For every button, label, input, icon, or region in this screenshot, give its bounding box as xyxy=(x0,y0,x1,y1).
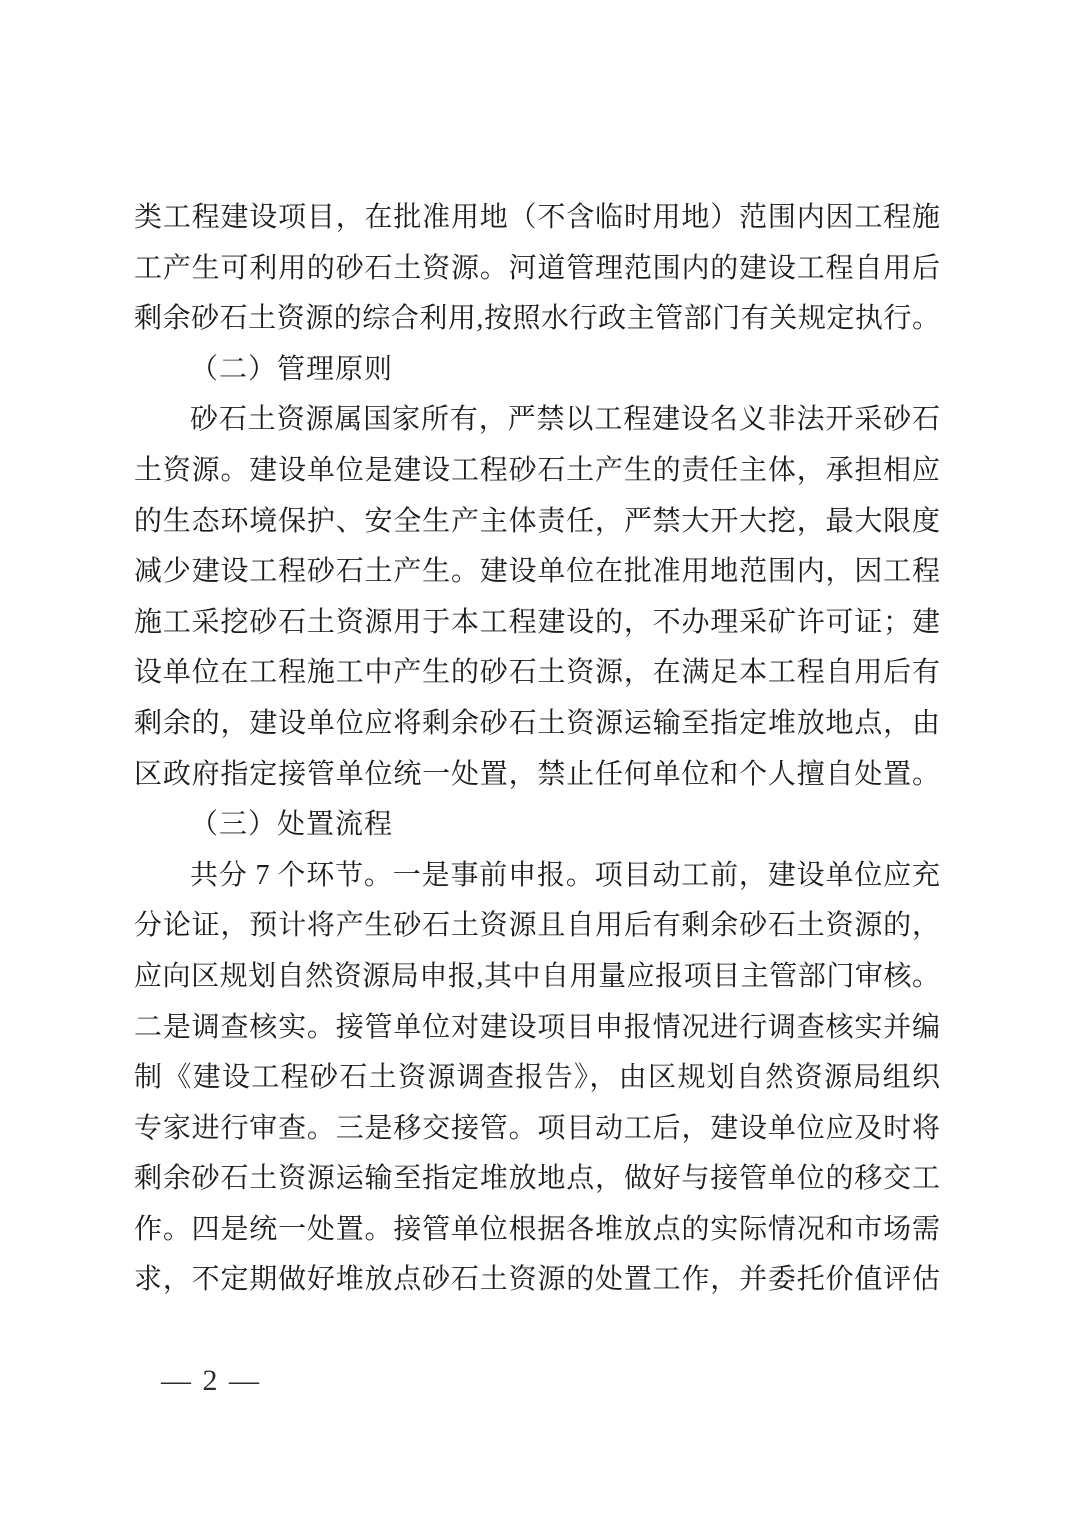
text-line: 应向区规划自然资源局申报,其中自用量应报项目主管部门审核。 xyxy=(134,952,940,1003)
text-line: 剩余砂石土资源运输至指定堆放地点，做好与接管单位的移交工 xyxy=(134,1154,940,1205)
text-line: 工产生可利用的砂石土资源。河道管理范围内的建设工程自用后 xyxy=(134,244,940,295)
section-heading: （二）管理原则 xyxy=(134,345,940,396)
text-line: 专家进行审查。三是移交接管。项目动工后，建设单位应及时将 xyxy=(134,1104,940,1155)
text-line: 设单位在工程施工中产生的砂石土资源，在满足本工程自用后有 xyxy=(134,648,940,699)
text-line: 共分 7 个环节。一是事前申报。项目动工前，建设单位应充 xyxy=(134,851,940,902)
text-line: 区政府指定接管单位统一处置，禁止任何单位和个人擅自处置。 xyxy=(134,750,940,801)
text-line: 作。四是统一处置。接管单位根据各堆放点的实际情况和市场需 xyxy=(134,1205,940,1256)
text-line: 土资源。建设单位是建设工程砂石土产生的责任主体，承担相应 xyxy=(134,446,940,497)
document-body: 类工程建设项目，在批准用地（不含临时用地）范围内因工程施 工产生可利用的砂石土资… xyxy=(134,193,940,1306)
text-line: 剩余的，建设单位应将剩余砂石土资源运输至指定堆放地点，由 xyxy=(134,699,940,750)
text-line: 分论证，预计将产生砂石土资源且自用后有剩余砂石土资源的， xyxy=(134,901,940,952)
document-page: 类工程建设项目，在批准用地（不含临时用地）范围内因工程施 工产生可利用的砂石土资… xyxy=(0,0,1074,1520)
section-heading: （三）处置流程 xyxy=(134,800,940,851)
text-line: 类工程建设项目，在批准用地（不含临时用地）范围内因工程施 xyxy=(134,193,940,244)
text-line: 求，不定期做好堆放点砂石土资源的处置工作，并委托价值评估 xyxy=(134,1255,940,1306)
text-line: 施工采挖砂石土资源用于本工程建设的，不办理采矿许可证；建 xyxy=(134,598,940,649)
text-line: 二是调查核实。接管单位对建设项目申报情况进行调查核实并编 xyxy=(134,1003,940,1054)
page-number: — 2 — xyxy=(134,1363,534,1399)
text-line: 砂石土资源属国家所有，严禁以工程建设名义非法开采砂石 xyxy=(134,395,940,446)
text-line: 的生态环境保护、安全生产主体责任，严禁大开大挖，最大限度 xyxy=(134,497,940,548)
text-line: 剩余砂石土资源的综合利用,按照水行政主管部门有关规定执行。 xyxy=(134,294,940,345)
text-line: 制《建设工程砂石土资源调查报告》，由区规划自然资源局组织 xyxy=(134,1053,940,1104)
text-line: 减少建设工程砂石土产生。建设单位在批准用地范围内，因工程 xyxy=(134,547,940,598)
